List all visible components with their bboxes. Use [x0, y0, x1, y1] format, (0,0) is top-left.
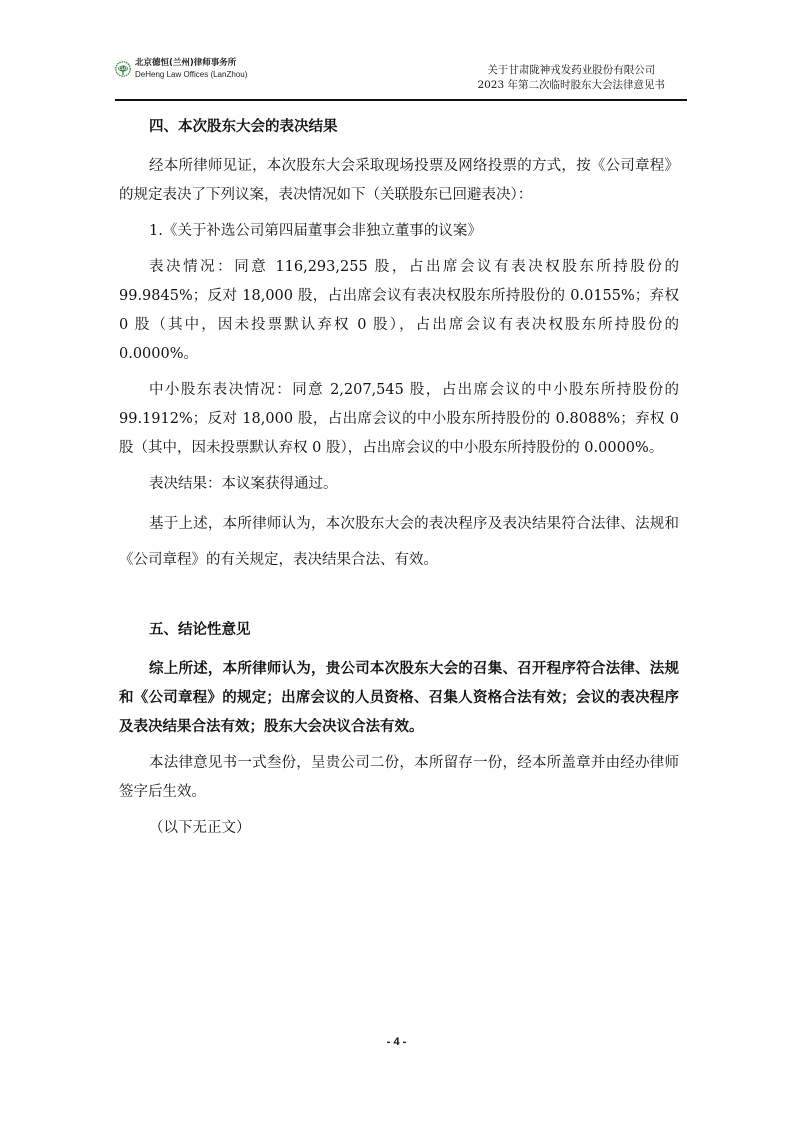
- document-title-line1: 关于甘肃陇神戎发药业股份有限公司: [477, 63, 665, 78]
- section-4-heading: 四、本次股东大会的表决结果: [119, 113, 679, 142]
- page-header: CLO 北京德恒(兰州)律师事务所 DeHeng Law Offices (La…: [115, 56, 687, 108]
- motion-outcome: 表决结果：本议案获得通过。: [119, 470, 679, 499]
- law-firm-logo: CLO 北京德恒(兰州)律师事务所 DeHeng Law Offices (La…: [115, 58, 247, 80]
- copies-statement: 本法律意见书一式叁份，呈贵公司二份，本所留存一份，经本所盖章并由经办律师签字后生…: [119, 749, 679, 807]
- document-title-line2: 2023 年第二次临时股东大会法律意见书: [477, 78, 665, 93]
- section-4-summary: 基于上述，本所律师认为，本次股东大会的表决程序及表决结果符合法律、法规和《公司章…: [119, 506, 679, 578]
- firm-name-en: DeHeng Law Offices (LanZhou): [135, 69, 247, 80]
- motion-title: 1.《关于补选公司第四届董事会非独立董事的议案》: [119, 217, 679, 246]
- end-of-text-note: （以下无正文）: [119, 814, 679, 843]
- section-4-intro: 经本所律师见证，本次股东大会采取现场投票及网络投票的方式，按《公司章程》的规定表…: [119, 152, 679, 210]
- document-body: 四、本次股东大会的表决结果 经本所律师见证，本次股东大会采取现场投票及网络投票的…: [119, 143, 679, 843]
- firm-name-cn: 北京德恒(兰州)律师事务所: [135, 58, 247, 69]
- header-divider: [115, 99, 687, 101]
- law-firm-emblem-icon: CLO: [115, 61, 131, 77]
- conclusion-statement: 综上所述，本所律师认为，贵公司本次股东大会的召集、召开程序符合法律、法规和《公司…: [119, 655, 679, 742]
- page-number: - 4 -: [0, 1036, 793, 1048]
- document-title: 关于甘肃陇神戎发药业股份有限公司 2023 年第二次临时股东大会法律意见书: [477, 63, 665, 93]
- vote-result-minority-shareholders: 中小股东表决情况：同意 2,207,545 股，占出席会议的中小股东所持股份的 …: [119, 376, 679, 463]
- section-5-heading: 五、结论性意见: [119, 616, 679, 645]
- vote-result-all-shareholders: 表决情况：同意 116,293,255 股，占出席会议有表决权股东所持股份的 9…: [119, 253, 679, 369]
- svg-text:CLO: CLO: [119, 66, 128, 71]
